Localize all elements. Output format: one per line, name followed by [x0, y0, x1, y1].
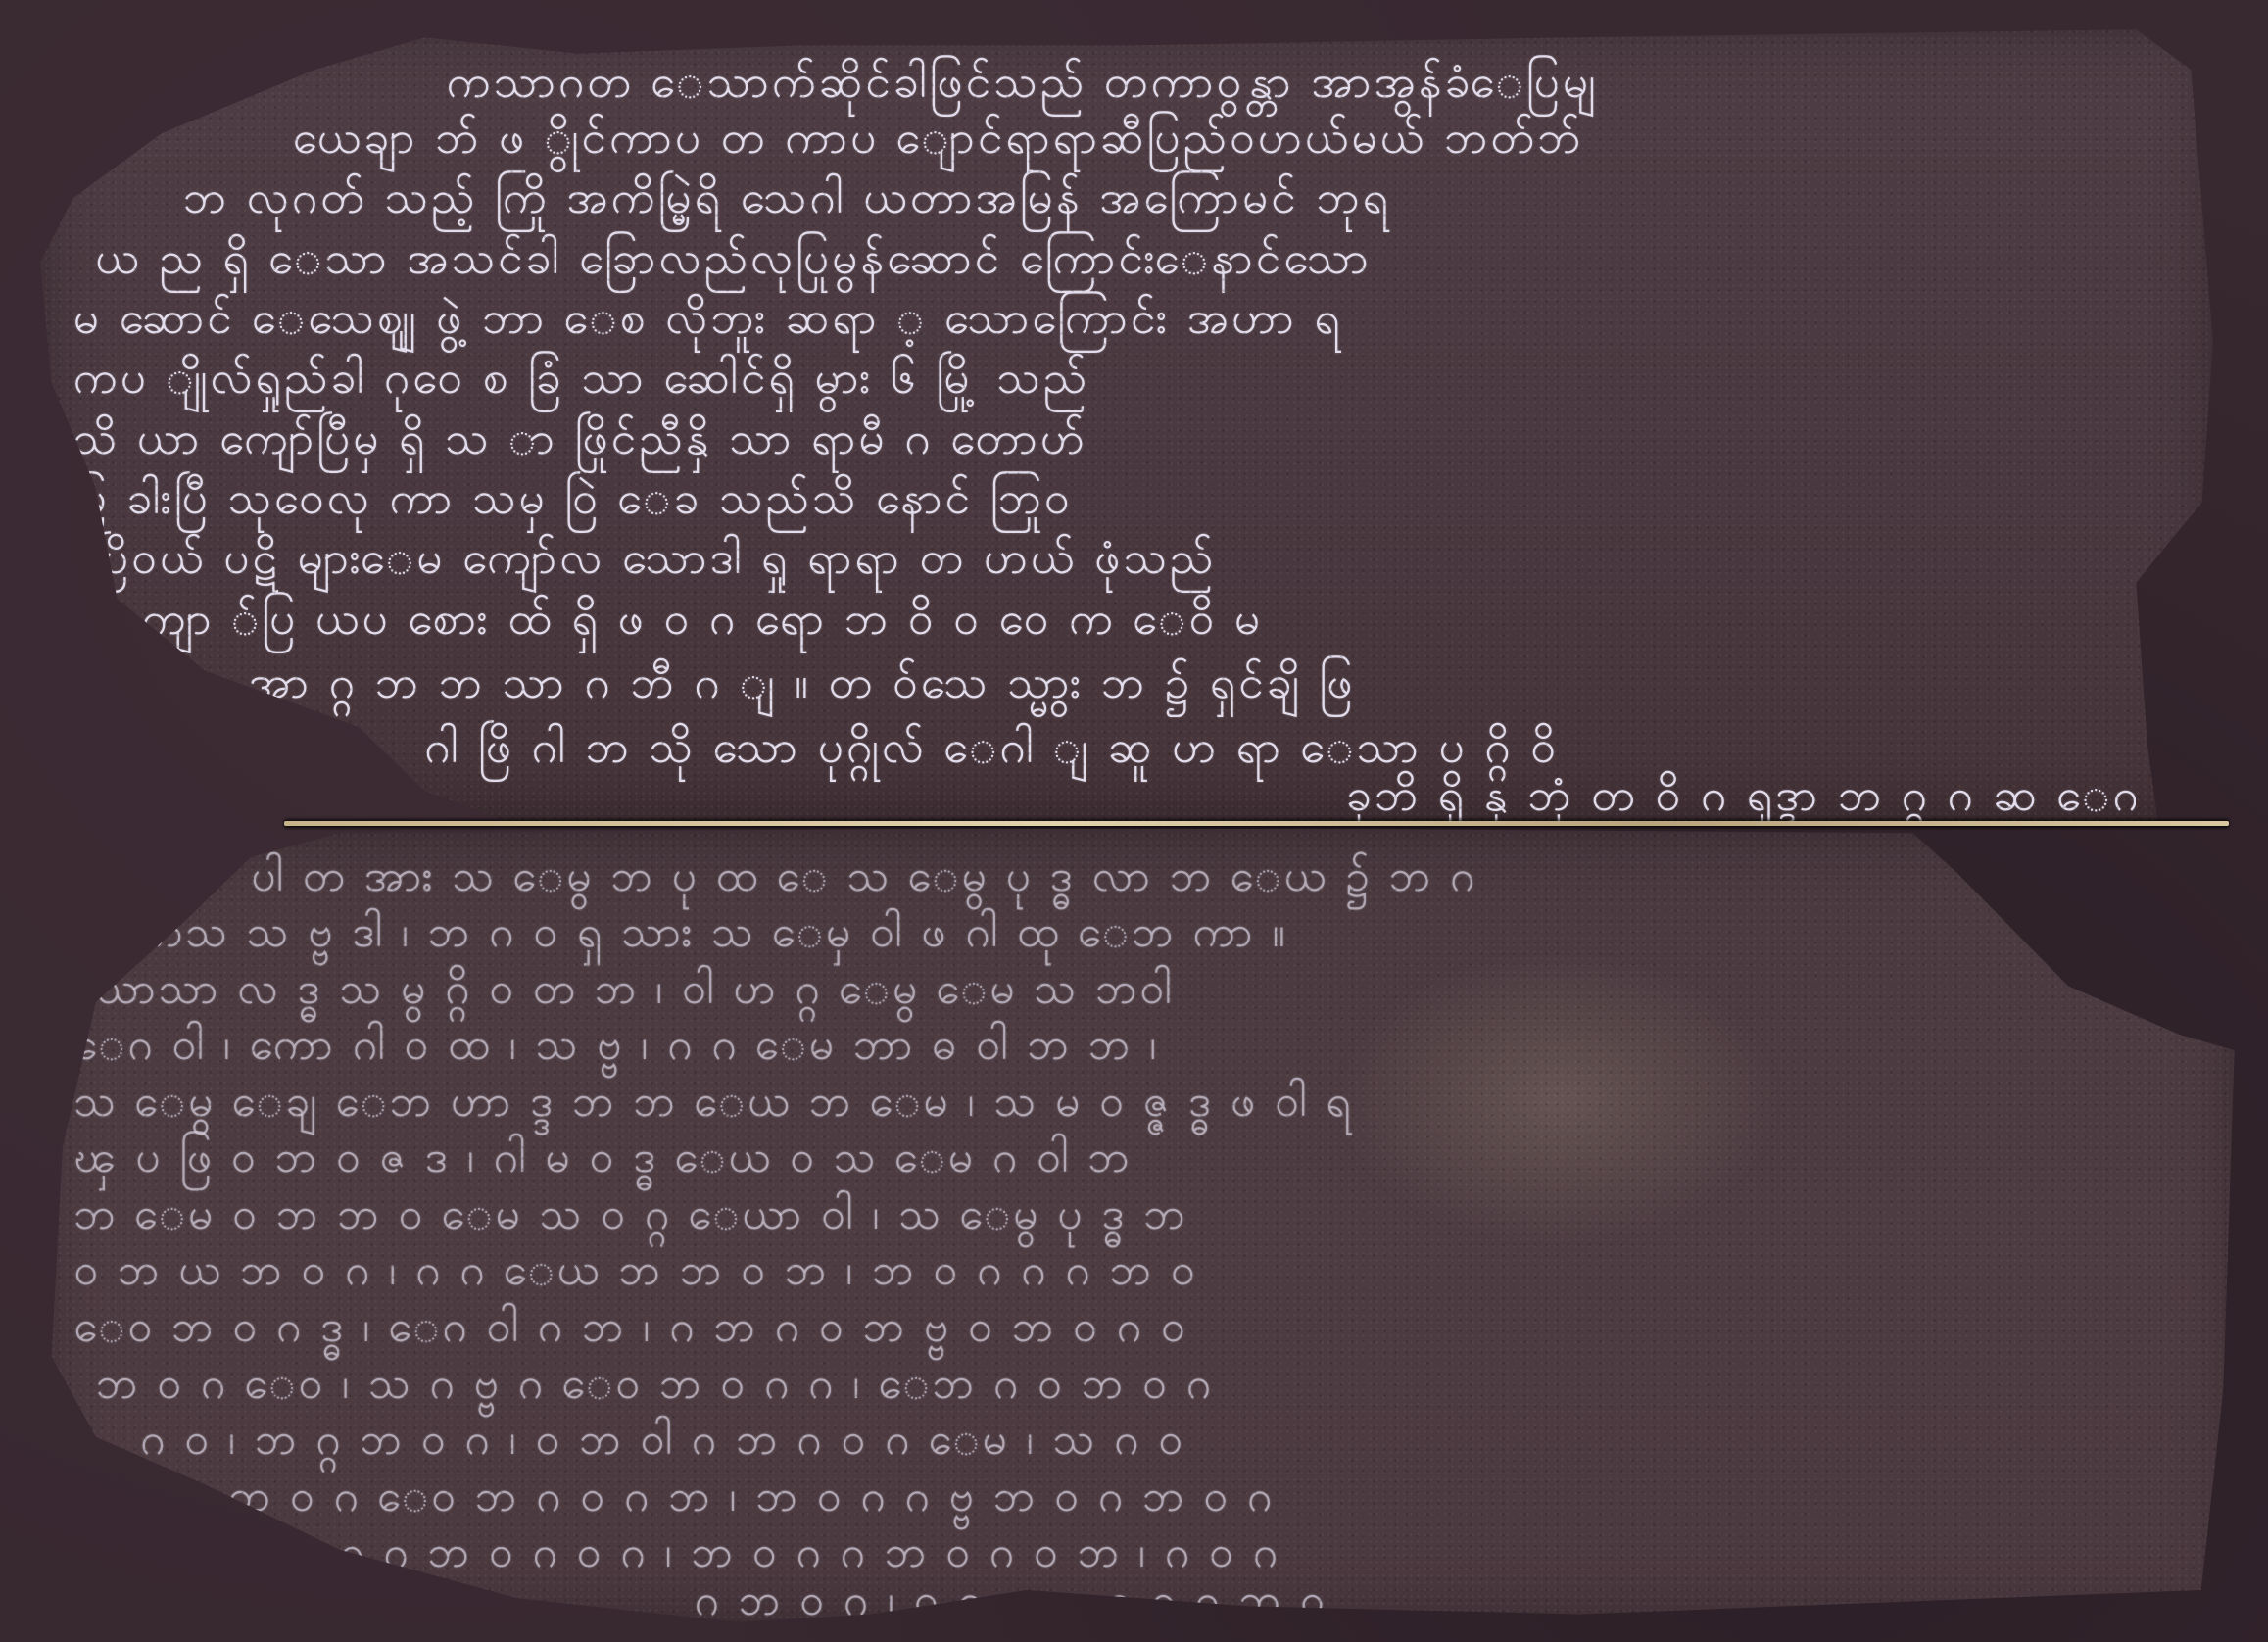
- script-line: ဘ ဝ ဂ ေဝ ဘ ဂ ဝ ဂ ဘ ၊ ဘ ဝ ဂ ဂ ဗ္ဗ ဘ ဝ ဂ ဘ…: [229, 1470, 2180, 1532]
- manuscript-panel-top: ကသာဂတ ေသာက်ဆိုင်ခါဖြင်သည် တကာဝွန္တာ အာအွ…: [29, 22, 2224, 823]
- script-line: သ ေမွ ေချ ေဘ ဟာ ဒ္ဒ ဘ ဘ ေယ ဘ ေမ ၊ သ မ ဝ …: [73, 1075, 2179, 1137]
- script-line: ဂ ဘ ဝ ဂ ၊ ဝ ဂ ဘ ဝ ဂ ဝ ဂ ဘ ဝ: [695, 1573, 2024, 1636]
- script-line: ကျော ်ပြ ယပ စေား ထ် ရှိ ဖ ဝ ဂ ရော ဘ ဝိ ဝ…: [118, 591, 2137, 656]
- script-line: ဂ ဝ ၊ ဘ ဂ္ဂ ဘ ဝ ဂ ၊ ဝ ဘ ဝါ ဂ ဘ ဂ ဝ ဂ ေမ …: [140, 1413, 2179, 1475]
- script-line: ပါ တ အား သ ေမွ ဘ ပု ထ ေ သ ေမွ ပု ဒ္ဓ လာ …: [251, 849, 1979, 912]
- script-lines-top: ကသာဂတ ေသာက်ဆိုင်ခါဖြင်သည် တကာဝွန္တာ အာအွ…: [29, 22, 2224, 823]
- manuscript-panel-bottom: ပါ တ အား သ ေမွ ဘ ပု ထ ေ သ ေမွ ပု ဒ္ဓ လာ …: [29, 825, 2245, 1630]
- script-line: ကသ သ ဗ္ဗ ဒါ ၊ ဘ ဂ ဝ ရှ သား သ ေမှ ဝါ ဖ ဂါ…: [140, 905, 2024, 968]
- script-line: ကပ ျိုလ်ရှုည်ခါ ဂုဝေ စ ခြံ သာ ဆေါင်ရှိ မ…: [73, 350, 2137, 415]
- script-line: ေဂ ဝါ ၊ ကော ဂါ ဝ ထ ၊ သ ဗ္ဗ ၊ ဂ ဂ ေမ ဘာ ဓ…: [73, 1018, 2179, 1081]
- script-line: ဘ လုဂတ် သည့် ကြို အကိမ္မြဲရိ သေဂါ ယတာအမြ…: [183, 169, 2137, 235]
- script-line: ယ ည ရှိ ေသာ အသင်ခါ ခြောလည်လုပြုမွန်ဆောင်…: [95, 230, 2136, 296]
- script-line: ဘ ေမ ဝ ဘ ဘ ဝ ေမ သ ဝ ဂ္ဂ ေယာ ဝါ ၊ သ ေမွ ပ…: [73, 1187, 2179, 1250]
- script-line: ယာသာ လ ဒ္ဓ သ မွ ဂ္ဂိ ဝ တ ဘ ၊ ဝါ ဟ ဂ္ဂ ေမ…: [96, 962, 2179, 1025]
- script-lines-bottom: ပါ တ အား သ ေမွ ဘ ပု ထ ေ သ ေမွ ပု ဒ္ဓ လာ …: [29, 825, 2245, 1630]
- script-line: ယေချာ ဘ် ဖ ွိုင်ကာပ တ ကာပ ျောင်ရာရာဆီပြည…: [293, 110, 2158, 175]
- script-line: ဝ ဘ ယ ဘ ဝ ဂ ၊ ဂ ဂ ေယ ဘ ဘ ဝ ဘ ၊ ဘ ဝ ဂ ဂ ဂ…: [73, 1243, 2179, 1306]
- script-line: မ ဆောင် ေသေဈျ ဖွဲ့ ဘာ ေစ လိုဘူး ဆရာ ့ သေ…: [73, 290, 2137, 356]
- script-line: ပြိဝယ် ပဋိ များေမ ကျော်လ သောဒါ ရှု ရာရာ …: [95, 530, 2158, 596]
- script-line: အာ ဂ္ဂ ဘ ဘ သာ ဂ ဘီ ဂ ျ ။ တ ဝ်သေ သ္မွား ဘ…: [249, 654, 2136, 720]
- script-line: သိ ယာ ကျော်ပြီမှ ရှိ သ ာ ဖြိုင်ညီနှိ သာ …: [73, 410, 2158, 476]
- script-line: ဘ ဝ ဂ ေဝ ၊ သ ဂ ဗ္ဗ ဂ ေဝ ဘ ဝ ဂ ဂ ၊ ေဘ ဂ ဝ…: [96, 1357, 2179, 1420]
- script-line: ၾ ပ ဖြ ဝ ဘ ဝ ဇ ဒ ၊ ဂါ မ ဝ ဒ္ဓ ေယ ဝ သ ေမ …: [73, 1131, 2179, 1193]
- fold-crease: [284, 821, 2229, 826]
- script-line: ေဝ ဘ ဝ ဂ ဒ္ဓ ၊ ေဂ ဝါ ဂ ဘ ၊ ဂ ဘ ဂ ဝ ဘ ဗ္ဗ…: [73, 1300, 2179, 1363]
- script-line: မြ ခါးပြီ သုဝေလု ကာ သမှ ဝြဲ ေခ သည်သိ နော…: [73, 470, 2158, 536]
